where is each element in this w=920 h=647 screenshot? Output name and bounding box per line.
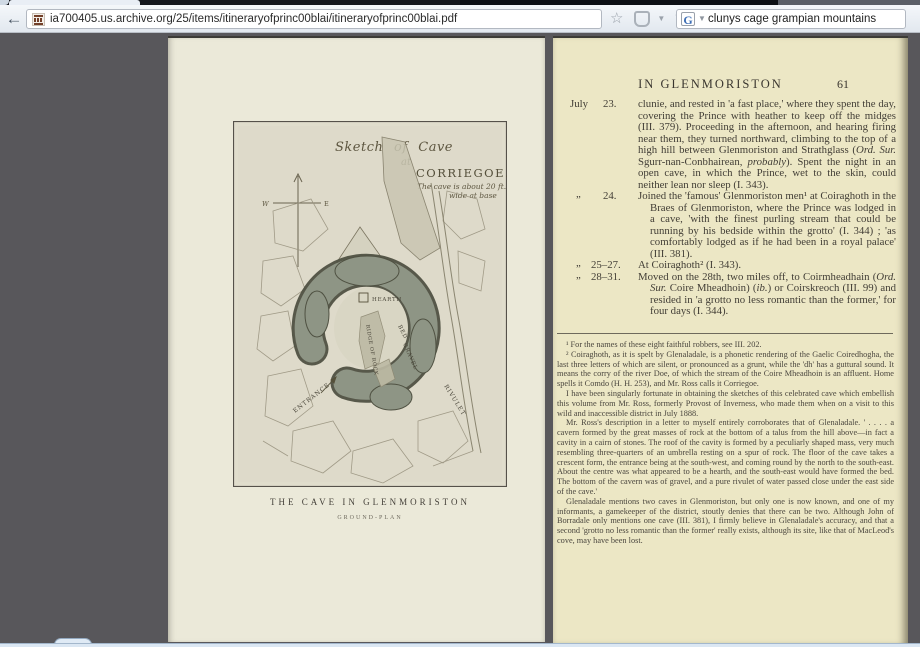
page-shield-icon[interactable] [634,11,650,27]
footnote: Glenaladale mentions two caves in Glenmo… [557,497,894,546]
back-button[interactable]: ← [4,9,24,29]
entry-ditto-mark: „ [576,270,581,282]
urlbar-action-icons: ☆ ▼ ↻ [606,9,686,29]
status-bar [0,643,920,647]
footnote: ¹ For the names of these eight faithful … [557,340,894,350]
sketch-title-line3: CORRIEGOE. [416,166,507,180]
google-engine-icon[interactable]: G [681,12,695,26]
footnotes: ¹ For the names of these eight faithful … [557,340,894,546]
entry-text: Moved on the 28th, two miles off, to Coi… [638,272,896,318]
entry-day: 23. [603,99,617,111]
sketch-note-line1: The cave is about 20 ft. [417,182,506,191]
hearth-label: HEARTH [372,297,402,303]
entry-date: July 23. [553,99,638,191]
entry-day: 25–27. [591,260,621,272]
entry-day: 24. [603,191,617,203]
search-input[interactable]: clunys cage grampian mountains [708,13,876,26]
footnote: ² Coiraghoth, as it is spelt by Glenalad… [557,350,894,389]
entry-date: „ 25–27. [553,260,638,272]
entry-ditto-mark: „ [576,189,581,201]
entry-ditto-mark: „ [576,258,581,270]
plate-caption: THE CAVE IN GLENMORISTON [233,497,507,507]
pdf-page-right: IN GLENMORISTON 61 July 23. clunie, and … [553,36,908,643]
compass-east-label: E [324,200,329,208]
entry-day: 28–31. [591,272,621,284]
search-engine-caret-icon[interactable]: ▼ [698,14,706,23]
favicon-base [34,23,43,25]
navigation-toolbar: ← ia700405.us.archive.org/25/items/itine… [0,5,920,33]
entry-text: clunie, and rested in 'a fast place,' wh… [638,99,896,191]
entry-date: „ 24. [553,191,638,260]
pdf-viewer[interactable]: Sketch of Cave at CORRIEGOE. The cave is… [0,33,920,643]
cave-sketch: Sketch of Cave at CORRIEGOE. The cave is… [233,121,507,487]
archive-org-favicon [32,13,45,26]
sketch-note-line2: wide at base [449,191,497,200]
page-number: 61 [837,77,849,92]
itinerary-entry: „ 28–31. Moved on the 28th, two miles of… [553,272,897,318]
entry-date: „ 28–31. [553,272,638,318]
chevron-down-icon[interactable]: ▼ [657,9,665,29]
running-header: IN GLENMORISTON [553,77,868,92]
plate-subcaption: GROUND-PLAN [233,515,507,521]
itinerary-entry: „ 24. Joined the 'famous' Glenmoriston m… [553,191,897,260]
bookmark-star-icon[interactable]: ☆ [610,9,623,29]
url-input[interactable]: ia700405.us.archive.org/25/items/itinera… [50,13,457,26]
entry-text: Joined the 'famous' Glenmoriston men¹ at… [638,191,896,260]
pdf-page-left: Sketch of Cave at CORRIEGOE. The cave is… [168,36,545,642]
url-bar[interactable]: ia700405.us.archive.org/25/items/itinera… [26,9,602,29]
itinerary-entries: July 23. clunie, and rested in 'a fast p… [553,99,897,318]
favicon-columns [34,18,43,22]
footnote: I have been singularly fortunate in obta… [557,389,894,418]
itinerary-entry: July 23. clunie, and rested in 'a fast p… [553,99,897,191]
favicon-roof [34,15,43,17]
footnote-rule [557,333,893,334]
search-box[interactable]: G ▼ clunys cage grampian mountains [676,9,906,29]
entry-month: July [570,99,588,111]
browser-window: ← ia700405.us.archive.org/25/items/itine… [0,0,920,647]
footnote: Mr. Ross's description in a letter to my… [557,418,894,496]
